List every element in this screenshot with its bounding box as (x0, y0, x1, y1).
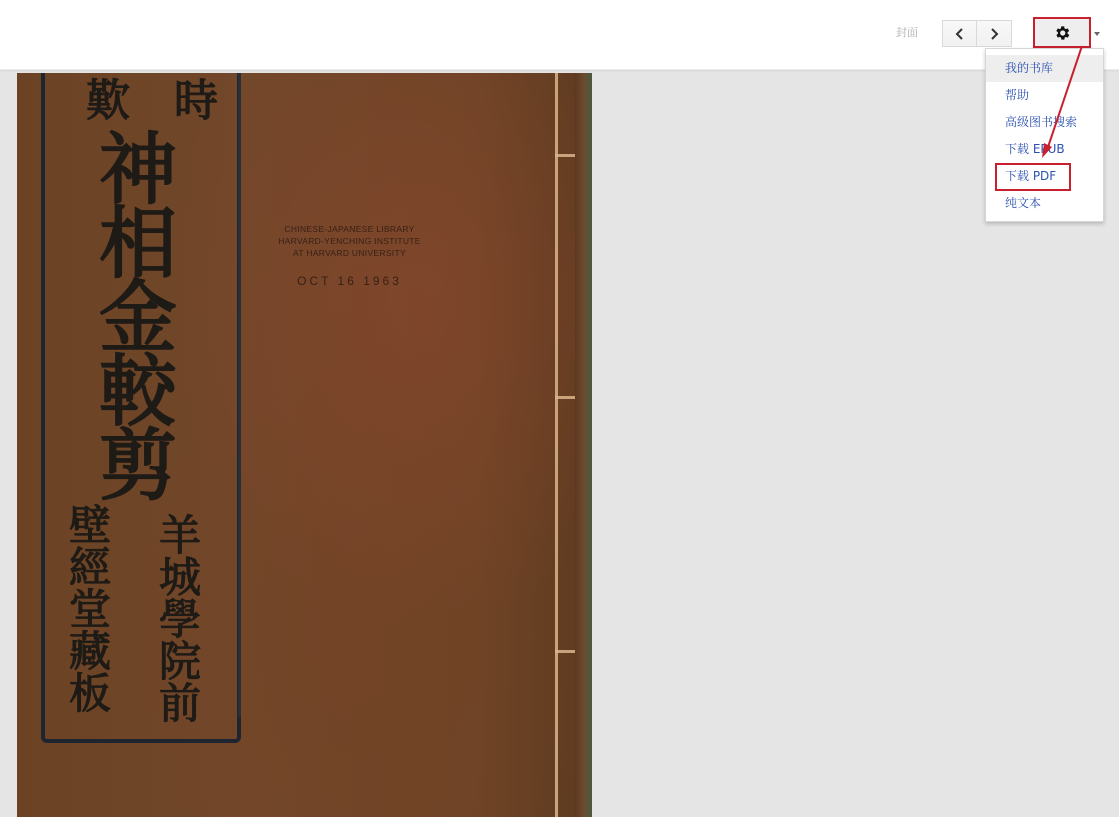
title-prefix-left: 歎 (71, 77, 135, 123)
settings-button[interactable] (1033, 17, 1091, 48)
menu-item-download-epub[interactable]: 下载 EPUB (986, 136, 1103, 163)
toolbar: 封面 (0, 0, 1119, 70)
chevron-left-icon (954, 28, 966, 40)
library-stamp: CHINESE-JAPANESE LIBRARY HARVARD-YENCHIN… (267, 223, 432, 287)
chevron-right-icon (988, 28, 1000, 40)
menu-item-my-library[interactable]: 我的书库 (986, 55, 1103, 82)
page-navigation (942, 20, 1012, 47)
book-page-image: 時 歎 神相金較剪 羊城學院前 壁經堂藏板 CHINESE-JAPANESE L… (17, 73, 592, 817)
next-page-button[interactable] (977, 20, 1012, 47)
publisher-name: 壁經堂藏板 (62, 503, 112, 713)
menu-item-advanced-book-search[interactable]: 高级图书搜索 (986, 109, 1103, 136)
highlight-box (995, 163, 1071, 191)
book-viewer[interactable]: 時 歎 神相金較剪 羊城學院前 壁經堂藏板 CHINESE-JAPANESE L… (0, 71, 1119, 817)
menu-item-help[interactable]: 帮助 (986, 82, 1103, 109)
section-label: 封面 (896, 24, 918, 40)
menu-item-plain-text[interactable]: 纯文本 (986, 190, 1103, 217)
title-prefix-right: 時 (159, 77, 223, 123)
caret-down-icon[interactable] (1094, 32, 1100, 36)
frame-divider (238, 73, 241, 717)
previous-page-button[interactable] (942, 20, 977, 47)
page-spine-edge (575, 73, 592, 817)
gear-icon (1053, 24, 1071, 42)
settings-menu: 我的书库 帮助 高级图书搜索 下载 EPUB 下载 PDF 纯文本 (985, 48, 1104, 222)
menu-item-download-pdf[interactable]: 下载 PDF (986, 163, 1103, 190)
binding-thread (555, 73, 558, 817)
publisher-location: 羊城學院前 (152, 513, 202, 723)
book-title: 神相金較剪 (87, 128, 175, 498)
